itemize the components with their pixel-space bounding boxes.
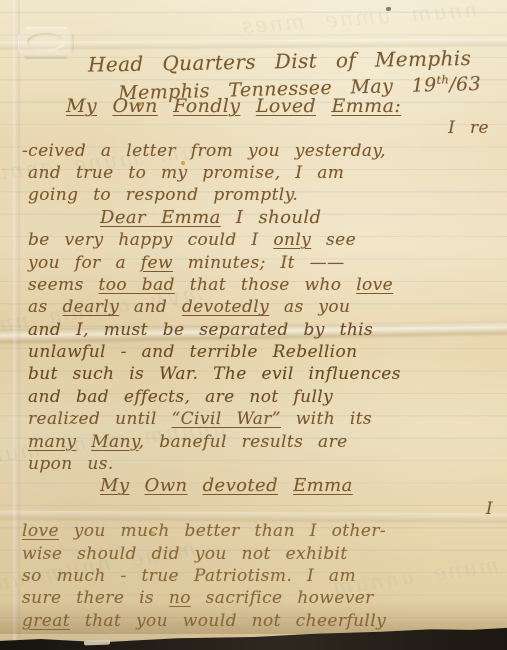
letter-line-15: but such is War. The evil influences	[28, 363, 507, 385]
letter-line-6: and true to my promise, I am	[28, 162, 507, 184]
letter-line-23: wise should did you not exhibit	[22, 543, 507, 565]
scanned-letter-image: unum mune annummум annum nnuseannum muns…	[0, 0, 507, 650]
letter-line-5: -ceived a letter from you yesterday,	[22, 140, 507, 162]
letter-line-19: upon us.	[28, 453, 507, 475]
letter-line-8: Dear Emma I should	[100, 207, 507, 229]
letter-line-9: be very happy could I only see	[28, 229, 507, 251]
letter-body: Head Quarters Dist of MemphisMemphis Ten…	[0, 0, 507, 632]
letter-line-10: you for a few minutes; It ——	[28, 252, 507, 274]
letter-line-13: and I, must be separated by this	[28, 319, 507, 341]
letter-line-25: sure there is no sacrifice however	[22, 587, 507, 609]
letter-line-18: many Many, baneful results are	[28, 431, 507, 453]
letter-line-24: so much - true Patriotism. I am	[22, 565, 507, 587]
letter-line-22: love you much better than I other-	[22, 520, 507, 542]
letter-paper: unum mune annummум annum nnuseannum muns…	[0, 0, 507, 650]
letter-line-12: as dearly and devotedly as you	[28, 296, 507, 318]
letter-line-7: going to respond promptly.	[28, 184, 507, 206]
letter-line-20: My Own devoted Emma	[100, 475, 507, 497]
letter-line-16: and bad effects, are not fully	[28, 386, 507, 408]
letter-line-17: realized until “Civil War” with its	[28, 408, 507, 430]
paper-edge-chip	[84, 640, 110, 646]
letter-line-26: great that you would not cheerfully	[22, 610, 507, 632]
letter-line-4: I re	[0, 117, 489, 139]
letter-line-11: seems too bad that those who love	[28, 274, 507, 296]
letter-line-21: I	[0, 498, 493, 520]
letter-line-14: unlawful - and terrible Rebellion	[28, 341, 507, 363]
